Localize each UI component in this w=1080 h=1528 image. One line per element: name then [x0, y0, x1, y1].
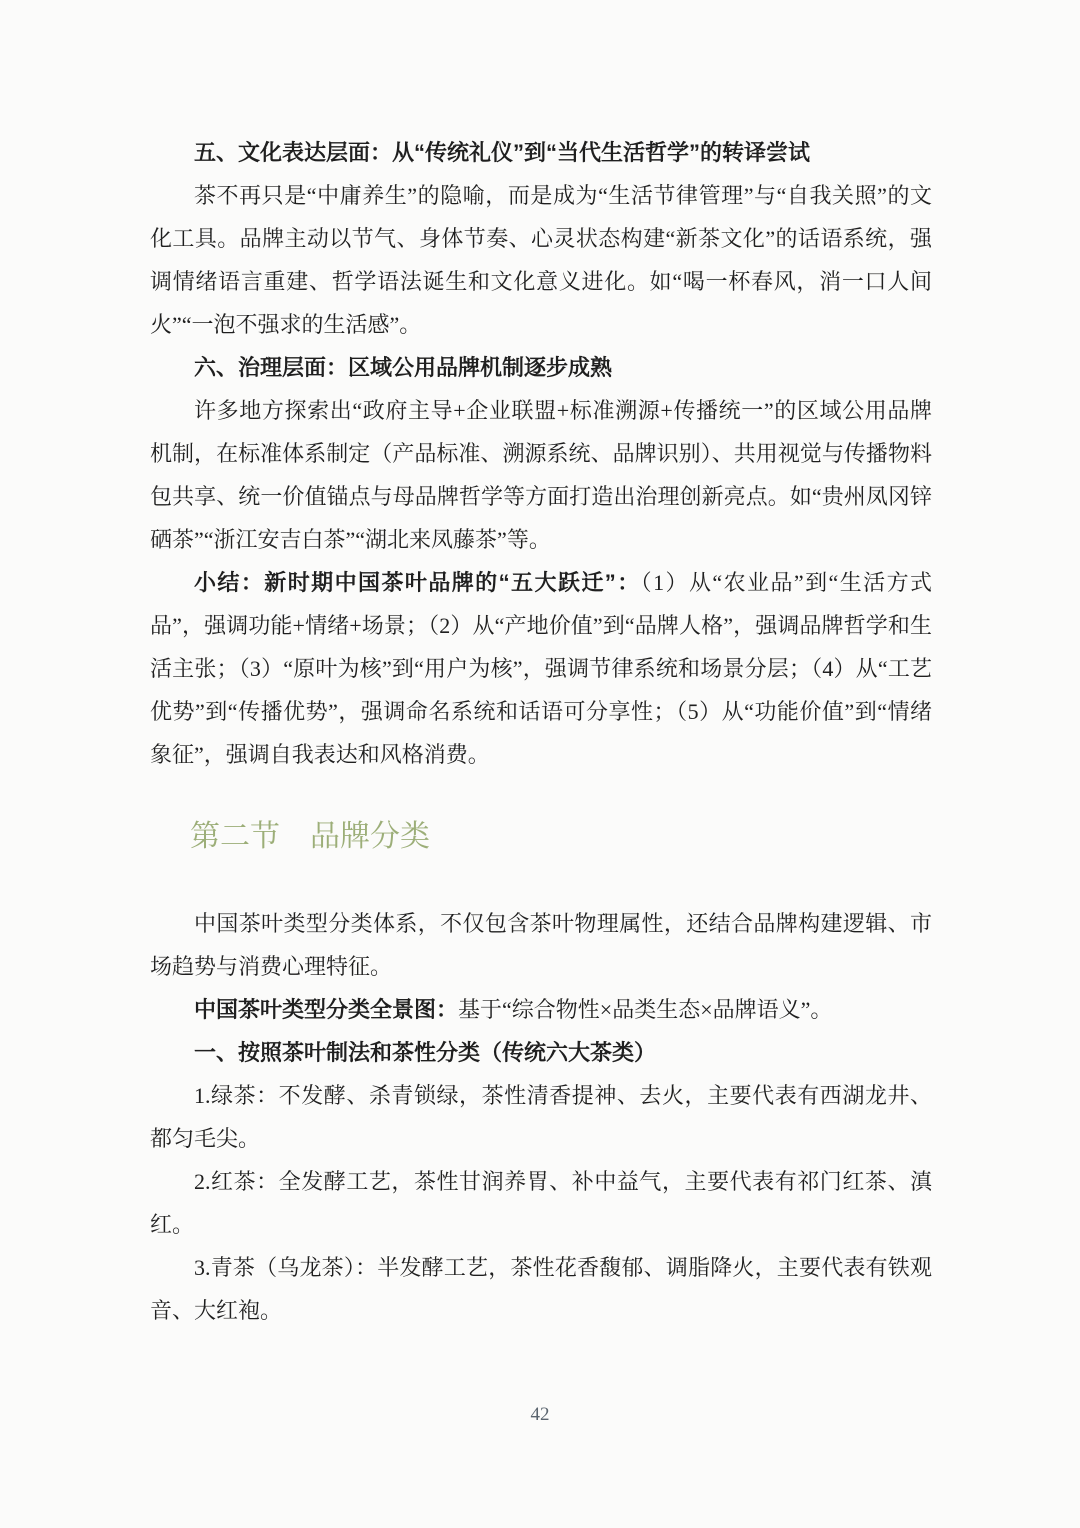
section-title-brand-classification: 第二节 品牌分类 [150, 815, 932, 859]
heading-six-tea-categories: 一、按照茶叶制法和茶性分类（传统六大茶类） [150, 1031, 932, 1074]
heading-culture-expression: 五、文化表达层面：从“传统礼仪”到“当代生活哲学”的转译尝试 [150, 131, 932, 174]
summary-rest-text: （1）从“农业品”到“生活方式品”，强调功能+情绪+场景；（2）从“产地价值”到… [150, 570, 932, 767]
paragraph-panorama: 中国茶叶类型分类全景图：基于“综合物性×品类生态×品牌语义”。 [150, 988, 932, 1031]
summary-lead-text: 小结：新时期中国茶叶品牌的“五大跃迁”： [194, 570, 641, 595]
document-page: 五、文化表达层面：从“传统礼仪”到“当代生活哲学”的转译尝试 茶不再只是“中庸养… [0, 0, 1080, 1528]
panorama-lead-text: 中国茶叶类型分类全景图： [194, 997, 458, 1022]
page-number: 42 [0, 1402, 1080, 1428]
panorama-rest-text: 基于“综合物性×品类生态×品牌语义”。 [458, 997, 832, 1022]
paragraph-culture-expression: 茶不再只是“中庸养生”的隐喻，而是成为“生活节律管理”与“自我关照”的文化工具。… [150, 174, 932, 346]
paragraph-governance: 许多地方探索出“政府主导+企业联盟+标准溯源+传播统一”的区域公用品牌机制，在标… [150, 389, 932, 561]
paragraph-summary: 小结：新时期中国茶叶品牌的“五大跃迁”：（1）从“农业品”到“生活方式品”，强调… [150, 561, 932, 776]
heading-governance: 六、治理层面：区域公用品牌机制逐步成熟 [150, 346, 932, 389]
list-item-oolong-tea: 3.青茶（乌龙茶）：半发酵工艺，茶性花香馥郁、调脂降火，主要代表有铁观音、大红袍… [150, 1246, 932, 1332]
paragraph-classification-intro: 中国茶叶类型分类体系，不仅包含茶叶物理属性，还结合品牌构建逻辑、市场趋势与消费心… [150, 902, 932, 988]
list-item-black-tea: 2.红茶：全发酵工艺，茶性甘润养胃、补中益气，主要代表有祁门红茶、滇红。 [150, 1160, 932, 1246]
list-item-green-tea: 1.绿茶：不发酵、杀青锁绿，茶性清香提神、去火，主要代表有西湖龙井、都匀毛尖。 [150, 1074, 932, 1160]
document-body: 五、文化表达层面：从“传统礼仪”到“当代生活哲学”的转译尝试 茶不再只是“中庸养… [150, 131, 932, 1332]
